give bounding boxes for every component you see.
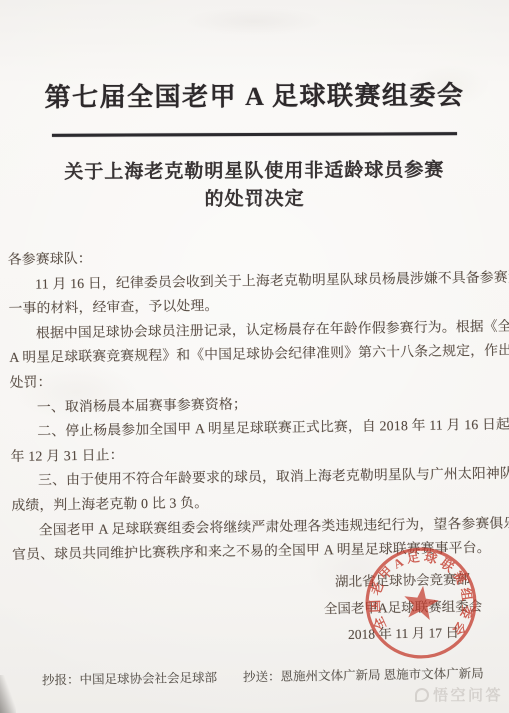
document-photo: 第七届全国老甲 A 足球联赛组委会 关于上海老克勒明星队使用非适龄球员参赛 的处… <box>0 0 509 713</box>
watermark-logo-icon <box>415 688 429 702</box>
watermark-text: 悟空问答 <box>433 684 503 705</box>
signature-block: 湖北省足球协会竞赛部 全国老甲A足球联赛组委会 2018 年 11 月 17 日 <box>302 566 503 649</box>
signature-committee: 全国老甲A足球联赛组委会 <box>303 593 503 623</box>
document-subtitle: 关于上海老克勒明星队使用非适龄球员参赛 的处罚决定 <box>0 156 509 215</box>
signature-department: 湖北省足球协会竞赛部 <box>302 566 502 596</box>
document-title: 第七届全国老甲 A 足球联赛组委会 <box>0 75 509 115</box>
signature-date: 2018 年 11 月 17 日 <box>303 619 503 649</box>
copy-report-line: 抄报：中国足球协会社会足球部 <box>42 668 217 689</box>
subtitle-line-1: 关于上海老克勒明星队使用非适龄球员参赛 <box>64 160 444 183</box>
subtitle-line-2: 的处罚决定 <box>205 189 305 211</box>
photo-corner-shadow <box>0 675 16 713</box>
watermark: 悟空问答 <box>415 684 503 705</box>
header-divider <box>52 132 457 137</box>
document-body: 各参赛球队：11 月 16 日，纪律委员会收到关于上海老克勒明星队球员杨晨涉嫌不… <box>8 241 505 568</box>
copy-send-line: 抄送：恩施州文体广新局 恩施市文体广新局 <box>243 664 484 686</box>
